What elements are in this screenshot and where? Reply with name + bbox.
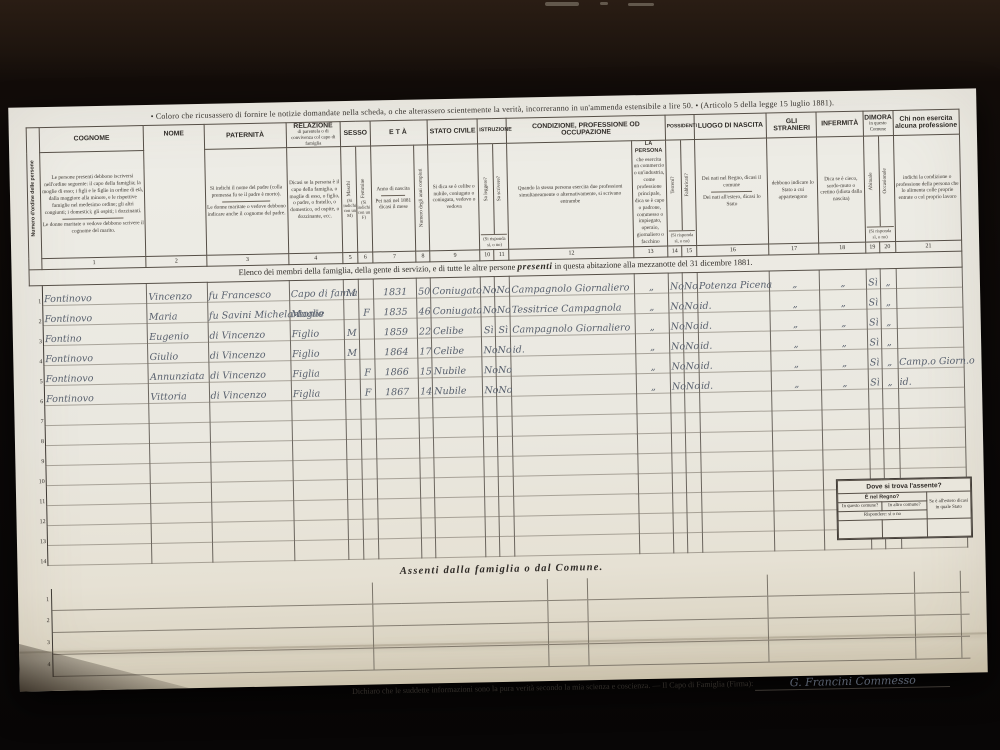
cell-la-persona: „ bbox=[636, 373, 670, 394]
cell-dimora-abituale: Sì bbox=[866, 269, 880, 289]
cell-dimora-abituale: Sì bbox=[867, 329, 881, 349]
cell-relazione: Figlia bbox=[291, 359, 346, 380]
cell-la-persona: „ bbox=[635, 313, 669, 334]
cell-stranieri bbox=[775, 530, 826, 551]
cell-fabbricati: No bbox=[684, 352, 699, 372]
cell-stato-civile bbox=[433, 397, 484, 418]
cell-la-persona bbox=[637, 413, 671, 434]
cell-dimora-abituale: Sì bbox=[866, 289, 880, 309]
cell-maschi bbox=[346, 439, 361, 459]
cell-maschi: M bbox=[344, 339, 359, 359]
cell-condizione bbox=[514, 474, 639, 496]
cell-stranieri bbox=[774, 490, 825, 511]
census-table: Numero d'ordine delle persone COGNOME NO… bbox=[26, 109, 969, 567]
cell-sa-leggere: No bbox=[481, 276, 495, 296]
cell-condizione bbox=[514, 494, 639, 516]
cell-paternita: di Vincenzo bbox=[208, 341, 291, 363]
cell-dimora-occasionale bbox=[882, 388, 898, 408]
cell-dimora-abituale: Sì bbox=[868, 369, 882, 389]
cell-stranieri: „ bbox=[771, 350, 822, 371]
note-istruzione: Sa leggere? Sa scrivere? (Si risponda sì… bbox=[478, 143, 509, 249]
cell-dimora-occasionale: „ bbox=[880, 268, 896, 288]
cell-sa-leggere bbox=[484, 456, 498, 476]
cell-anno-nascita bbox=[377, 438, 421, 459]
cell-condizione bbox=[512, 374, 637, 396]
cell-dimora-abituale: Sì bbox=[867, 349, 881, 369]
note-stato-civile: Si dica se è celibe o nubile, coniugato … bbox=[428, 144, 480, 251]
cell-sa-leggere: No bbox=[481, 296, 495, 316]
cell-sa-leggere bbox=[483, 396, 497, 416]
cell-cognome bbox=[46, 443, 151, 465]
cell-chi-alimenta bbox=[899, 407, 966, 428]
cell-anni bbox=[420, 478, 434, 498]
cell-femmine bbox=[363, 539, 378, 559]
cell-dimora-occasionale bbox=[883, 428, 899, 448]
cell-la-persona: „ bbox=[635, 333, 669, 354]
col-header-relazione: RELAZIONEdi parentela o di convivenza co… bbox=[286, 122, 341, 148]
cell-paternita bbox=[212, 541, 295, 563]
cell-cognome bbox=[47, 523, 152, 545]
cell-fabbricati bbox=[685, 412, 700, 432]
cell-femmine: F bbox=[360, 359, 375, 379]
col-num: 10 bbox=[480, 249, 494, 260]
cell-sa-scrivere: No bbox=[496, 336, 511, 356]
cell-sa-leggere bbox=[483, 416, 497, 436]
cell-femmine bbox=[363, 519, 378, 539]
cell-la-persona: „ bbox=[634, 273, 668, 294]
note-cognome: Le persone presenti debbono iscriversi n… bbox=[40, 151, 146, 259]
where-estero: Se è all'estero dicasi in quale Stato bbox=[926, 491, 971, 518]
cell-nome: Annunziata bbox=[148, 362, 209, 383]
cell-luogo-nascita: id. bbox=[699, 371, 772, 392]
cell-sa-leggere: No bbox=[482, 356, 496, 376]
cell-relazione bbox=[293, 479, 348, 500]
cell-maschi bbox=[345, 359, 360, 379]
cell-maschi bbox=[345, 379, 360, 399]
cell-anni bbox=[421, 518, 435, 538]
note-possidenti: Terreni? Fabbricati? (Si risponda sì, o … bbox=[665, 140, 696, 246]
cell-fabbricati: No bbox=[682, 272, 697, 292]
photo-background: • Coloro che ricusassero di fornire le n… bbox=[0, 0, 1000, 750]
present-rows: Elenco dei membri della famiglia, della … bbox=[29, 251, 968, 566]
cell-chi-alimenta bbox=[898, 387, 965, 408]
cell-paternita bbox=[211, 501, 294, 523]
cell-paternita: fu Francesco bbox=[207, 281, 290, 303]
cell-terreni bbox=[671, 413, 685, 433]
cell-stato-civile bbox=[434, 457, 485, 478]
cell-paternita bbox=[209, 401, 292, 423]
col-header-stranieri: GLI STRANIERI bbox=[766, 112, 817, 138]
cell-nome bbox=[149, 422, 210, 443]
cell-sa-scrivere: Sì bbox=[495, 316, 510, 336]
cell-fabbricati bbox=[686, 452, 701, 472]
cell-sa-leggere: Sì bbox=[481, 316, 495, 336]
cell-stranieri bbox=[774, 510, 825, 531]
cell-cognome bbox=[46, 483, 151, 505]
cell-sa-scrivere bbox=[497, 396, 512, 416]
absent-table: 1 2 3 4 bbox=[35, 571, 971, 678]
note-condizione: Quando la stessa persona esercita due pr… bbox=[507, 141, 633, 249]
cell-chi-alimenta bbox=[896, 267, 963, 288]
cell-condizione bbox=[513, 454, 638, 476]
cell-anni: 14 bbox=[418, 378, 432, 398]
cell-infermita: „ bbox=[820, 289, 867, 310]
cell-femmine: F bbox=[359, 299, 374, 319]
cell-anno-nascita: 1866 bbox=[375, 358, 419, 379]
cell-cognome bbox=[46, 463, 151, 485]
cell-stranieri: „ bbox=[771, 370, 822, 391]
absent-rows: 1 2 3 4 bbox=[35, 571, 971, 677]
row-number: 8 bbox=[32, 426, 45, 446]
cell-stato-civile bbox=[435, 497, 486, 518]
cell-relazione: Figlio bbox=[290, 339, 345, 360]
cell-sa-scrivere bbox=[499, 496, 514, 516]
cell-terreni: No bbox=[669, 293, 683, 313]
cell-relazione: Figlia bbox=[291, 379, 346, 400]
col-header-chi: Chi non esercita alcuna professione bbox=[893, 109, 960, 135]
cell-nome bbox=[152, 542, 213, 563]
row-number: 10 bbox=[33, 466, 46, 486]
cell-chi-alimenta bbox=[897, 307, 964, 328]
cell-dimora-abituale bbox=[869, 409, 883, 429]
cell-anni bbox=[419, 398, 433, 418]
cell-anni bbox=[422, 538, 436, 558]
cell-dimora-abituale bbox=[869, 429, 883, 449]
cell-femmine bbox=[363, 499, 378, 519]
cell-la-persona: „ bbox=[636, 353, 670, 374]
photo-glare bbox=[628, 3, 654, 6]
cell-la-persona bbox=[636, 393, 670, 414]
row-number: 11 bbox=[33, 486, 46, 506]
cell-terreni: No bbox=[668, 273, 682, 293]
cell-terreni: No bbox=[670, 373, 684, 393]
cell-chi-alimenta bbox=[899, 447, 966, 468]
cell-anno-nascita: 1867 bbox=[375, 378, 419, 399]
cell-anni: 17 bbox=[418, 338, 432, 358]
cell-sa-scrivere: No bbox=[496, 356, 511, 376]
cell-dimora-occasionale: „ bbox=[882, 368, 898, 388]
cell-terreni: No bbox=[669, 313, 683, 333]
cell-infermita bbox=[822, 409, 869, 430]
banner-text: in questa abitazione alla mezzanotte del… bbox=[552, 258, 752, 271]
cell-infermita: „ bbox=[820, 309, 867, 330]
cell-stato-civile: Coniugata bbox=[431, 297, 482, 318]
cell-femmine bbox=[361, 439, 376, 459]
cell-cognome bbox=[47, 503, 152, 525]
head-of-family-signature: G. Francini Commesso bbox=[755, 674, 950, 691]
cell-anni: 15 bbox=[418, 358, 432, 378]
cell-cognome bbox=[48, 543, 153, 565]
cell-chi-alimenta bbox=[899, 427, 966, 448]
banner-text: Elenco dei membri della famiglia, della … bbox=[239, 263, 518, 278]
cell-relazione bbox=[294, 539, 349, 560]
col-num: 15 bbox=[682, 245, 697, 256]
col-num: 6 bbox=[358, 252, 373, 263]
cell-luogo-nascita: id. bbox=[698, 291, 771, 312]
cell-condizione bbox=[512, 394, 637, 416]
cell-anni: 46 bbox=[417, 298, 431, 318]
where-empty-cell bbox=[838, 519, 883, 538]
cell-condizione bbox=[515, 534, 640, 556]
cell-dimora-occasionale bbox=[883, 408, 899, 428]
cell-femmine bbox=[358, 279, 373, 299]
cell-stranieri: „ bbox=[769, 270, 820, 291]
col-header-luogo-nascita: LUOGO DI NASCITA bbox=[694, 113, 767, 139]
cell-sa-scrivere bbox=[499, 516, 514, 536]
cell-paternita bbox=[210, 461, 293, 483]
cell-paternita bbox=[212, 521, 295, 543]
cell-luogo-nascita bbox=[700, 411, 773, 432]
note-chi: indichi la condizione o professione dell… bbox=[893, 134, 961, 241]
cell-sa-leggere: No bbox=[482, 336, 496, 356]
cell-anno-nascita: 1835 bbox=[374, 298, 418, 319]
cell-la-persona: „ bbox=[634, 293, 668, 314]
cell-condizione bbox=[513, 434, 638, 456]
cell-sa-scrivere: No bbox=[497, 376, 512, 396]
cell-stranieri bbox=[772, 410, 823, 431]
col-num: 7 bbox=[373, 251, 416, 263]
note-relazione: Dicasi se la persona è il capo della fam… bbox=[286, 147, 342, 254]
cell-infermita bbox=[823, 429, 870, 450]
row-number: 14 bbox=[35, 545, 48, 565]
col-header-condizione: CONDIZIONE, PROFESSIONE OD OCCUPAZIONE bbox=[507, 115, 666, 143]
col-num: 14 bbox=[668, 246, 682, 257]
col-header-nome: NOME bbox=[143, 124, 206, 256]
cell-infermita bbox=[823, 449, 870, 470]
col-header-eta: ETÀ bbox=[370, 120, 428, 146]
cell-relazione bbox=[291, 399, 346, 420]
col-num: 8 bbox=[416, 251, 430, 262]
col-header-dimora: DIMORAin questo Comune bbox=[863, 111, 894, 137]
cell-anno-nascita bbox=[376, 398, 420, 419]
cell-infermita: „ bbox=[821, 349, 868, 370]
cell-stranieri bbox=[773, 470, 824, 491]
col-header-sesso: SESSO bbox=[340, 121, 371, 147]
cell-luogo-nascita bbox=[701, 451, 774, 472]
cell-nome bbox=[150, 462, 211, 483]
note-anno-nascita: Anno di nascitaPei nati nel 1881 dicasi … bbox=[371, 145, 416, 252]
cell-anno-nascita bbox=[377, 478, 421, 499]
cell-femmine bbox=[362, 459, 377, 479]
cell-terreni bbox=[672, 473, 686, 493]
census-sheet: • Coloro che ricusassero di fornire le n… bbox=[8, 88, 988, 691]
cell-anno-nascita: 1859 bbox=[374, 318, 418, 339]
cell-femmine bbox=[361, 419, 376, 439]
cell-maschi bbox=[344, 299, 359, 319]
cell-nome bbox=[151, 522, 212, 543]
cell-anni: 50 bbox=[416, 278, 430, 298]
cell-stato-civile: Nubile bbox=[432, 377, 483, 398]
cell-sa-scrivere: No bbox=[495, 296, 510, 316]
cell-relazione: Moglie bbox=[289, 300, 344, 321]
cell-maschi bbox=[348, 519, 363, 539]
cell-condizione: Campagnolo Giornaliero bbox=[510, 274, 635, 296]
cell-sa-scrivere bbox=[498, 436, 513, 456]
cell-relazione bbox=[294, 519, 349, 540]
note-stranieri: debbono indicare lo Stato a cui apparten… bbox=[767, 137, 819, 244]
cell-relazione bbox=[292, 419, 347, 440]
cell-chi-alimenta: id. bbox=[898, 367, 965, 388]
col-num: 5 bbox=[343, 252, 358, 263]
cell-sa-leggere bbox=[485, 476, 499, 496]
cell-cognome: Fontinovo bbox=[44, 383, 149, 405]
cell-fabbricati: No bbox=[684, 372, 699, 392]
cell-fabbricati bbox=[686, 472, 701, 492]
note-sesso: Maschi(Si indichi con un M) Femmine(Si i… bbox=[341, 146, 373, 252]
photo-glare bbox=[600, 2, 608, 5]
cell-maschi bbox=[347, 479, 362, 499]
cell-sa-scrivere: No bbox=[495, 276, 510, 296]
cell-stranieri: „ bbox=[771, 330, 822, 351]
cell-sa-leggere bbox=[485, 496, 499, 516]
cell-maschi bbox=[348, 499, 363, 519]
cell-cognome: Fontinovo bbox=[44, 363, 149, 385]
cell-anno-nascita bbox=[376, 418, 420, 439]
cell-infermita: „ bbox=[820, 269, 867, 290]
cell-sa-leggere bbox=[484, 436, 498, 456]
cell-nome: Eugenio bbox=[147, 322, 208, 343]
cell-stranieri bbox=[773, 430, 824, 451]
cell-la-persona bbox=[639, 513, 673, 534]
cell-paternita bbox=[210, 441, 293, 463]
cell-nome bbox=[150, 442, 211, 463]
cell-paternita: di Vincenzo bbox=[208, 361, 291, 383]
cell-condizione bbox=[515, 514, 640, 536]
cell-cognome: Fontinovo bbox=[44, 343, 149, 365]
cell-stato-civile bbox=[436, 537, 487, 558]
cell-anni bbox=[421, 498, 435, 518]
cell-anni bbox=[420, 458, 434, 478]
cell-fabbricati: No bbox=[683, 332, 698, 352]
note-infermita: Dica se è cieco, sordo-muto o cretino (i… bbox=[817, 136, 865, 243]
cell-maschi bbox=[346, 419, 361, 439]
cell-maschi bbox=[346, 399, 361, 419]
cell-anno-nascita: 1864 bbox=[375, 338, 419, 359]
cell-chi-alimenta: Camp.o Giorn.o bbox=[897, 347, 964, 368]
cell-luogo-nascita bbox=[700, 431, 773, 452]
cell-relazione bbox=[293, 499, 348, 520]
cell-maschi: M bbox=[344, 319, 359, 339]
row-number: 3 bbox=[30, 326, 43, 346]
cell-stato-civile: Celibe bbox=[431, 317, 482, 338]
cell-dimora-abituale: Sì bbox=[867, 309, 881, 329]
cell-infermita: „ bbox=[822, 369, 869, 390]
cell-chi-alimenta bbox=[896, 287, 963, 308]
col-header-possidenti: POSSIDENTI bbox=[665, 115, 695, 141]
cell-cognome: Fontinovo bbox=[42, 283, 147, 305]
cell-cognome: Fontino bbox=[43, 323, 148, 345]
note-luogo-nascita: Dei nati nel Regno, dicasi il comuneDei … bbox=[695, 138, 769, 245]
cell-dimora-occasionale: „ bbox=[881, 348, 897, 368]
cell-condizione bbox=[511, 354, 636, 376]
cell-dimora-abituale bbox=[868, 389, 882, 409]
row-number: 9 bbox=[33, 446, 46, 466]
col-header-paternita: PATERNITÀ bbox=[204, 123, 287, 150]
cell-fabbricati bbox=[687, 532, 702, 552]
cell-anno-nascita bbox=[377, 458, 421, 479]
col-header-infermita: INFERMITÀ bbox=[816, 111, 863, 137]
cell-fabbricati bbox=[687, 492, 702, 512]
cell-anno-nascita bbox=[378, 498, 422, 519]
cell-luogo-nascita: id. bbox=[699, 351, 772, 372]
cell-fabbricati bbox=[687, 512, 702, 532]
cell-sa-leggere bbox=[486, 536, 500, 556]
cell-stranieri: „ bbox=[770, 310, 821, 331]
cell-terreni bbox=[671, 393, 685, 413]
cell-cognome bbox=[45, 403, 150, 425]
cell-luogo-nascita: id. bbox=[698, 331, 771, 352]
note-dimora: Abituale Occasionale (Si risponda sì, o … bbox=[863, 136, 895, 242]
cell-fabbricati bbox=[685, 392, 700, 412]
cell-paternita bbox=[210, 421, 293, 443]
cell-relazione bbox=[293, 459, 348, 480]
row-number: 1 bbox=[29, 286, 42, 306]
col-num: 11 bbox=[494, 249, 509, 260]
cell-dimora-occasionale bbox=[883, 448, 899, 468]
cell-la-persona bbox=[639, 533, 673, 554]
cell-femmine bbox=[359, 319, 374, 339]
cell-relazione: Capo di fam.a bbox=[289, 280, 344, 301]
absent-row-number: 2 bbox=[35, 610, 52, 632]
cell-la-persona bbox=[638, 493, 672, 514]
cell-infermita bbox=[822, 389, 869, 410]
cell-cognome bbox=[45, 423, 150, 445]
cell-nome bbox=[151, 482, 212, 503]
cell-terreni bbox=[673, 493, 687, 513]
col-header-stato-civile: STATO CIVILE bbox=[427, 119, 478, 145]
cell-relazione bbox=[292, 439, 347, 460]
row-number: 5 bbox=[31, 366, 44, 386]
cell-cognome: Fontinovo bbox=[43, 303, 148, 325]
cell-luogo-nascita: id. bbox=[698, 311, 771, 332]
cell-sa-scrivere bbox=[500, 536, 515, 556]
col-header-cognome: COGNOME bbox=[39, 126, 144, 153]
cell-stato-civile bbox=[434, 477, 485, 498]
cell-fabbricati: No bbox=[683, 292, 698, 312]
cell-sa-scrivere bbox=[498, 456, 513, 476]
cell-condizione: id. bbox=[511, 334, 636, 356]
cell-nome: Vincenzo bbox=[147, 282, 208, 303]
col-num: 13 bbox=[634, 246, 668, 258]
cell-anno-nascita bbox=[379, 538, 423, 559]
cell-paternita: di Vincenzo bbox=[209, 381, 292, 403]
cell-condizione bbox=[512, 414, 637, 436]
cell-terreni bbox=[673, 513, 687, 533]
cell-sa-scrivere bbox=[497, 416, 512, 436]
absent-location-box: Dove si trova l'assente? È nel Regno? Se… bbox=[836, 477, 973, 540]
cell-fabbricati bbox=[685, 432, 700, 452]
cell-paternita: fu Savini Michelantonio bbox=[207, 301, 290, 323]
cell-dimora-occasionale: „ bbox=[881, 308, 897, 328]
cell-la-persona bbox=[638, 453, 672, 474]
cell-condizione: Tessitrice Campagnola bbox=[510, 294, 635, 316]
cell-stato-civile bbox=[433, 417, 484, 438]
cell-sa-leggere bbox=[485, 516, 499, 536]
cell-terreni bbox=[671, 433, 685, 453]
cell-stato-civile bbox=[434, 437, 485, 458]
note-paternita: Si indichi il nome del padre (colla prem… bbox=[204, 148, 288, 256]
col-num: 19 bbox=[865, 242, 879, 253]
row-number: 2 bbox=[30, 306, 43, 326]
cell-terreni bbox=[673, 533, 687, 553]
cell-femmine bbox=[361, 399, 376, 419]
cell-anno-nascita bbox=[378, 518, 422, 539]
cell-stato-civile: Coniugato bbox=[430, 277, 481, 298]
cell-luogo-nascita bbox=[700, 391, 773, 412]
cell-femmine: F bbox=[360, 379, 375, 399]
cell-stato-civile: Nubile bbox=[432, 357, 483, 378]
cell-anno-nascita: 1831 bbox=[373, 278, 417, 299]
